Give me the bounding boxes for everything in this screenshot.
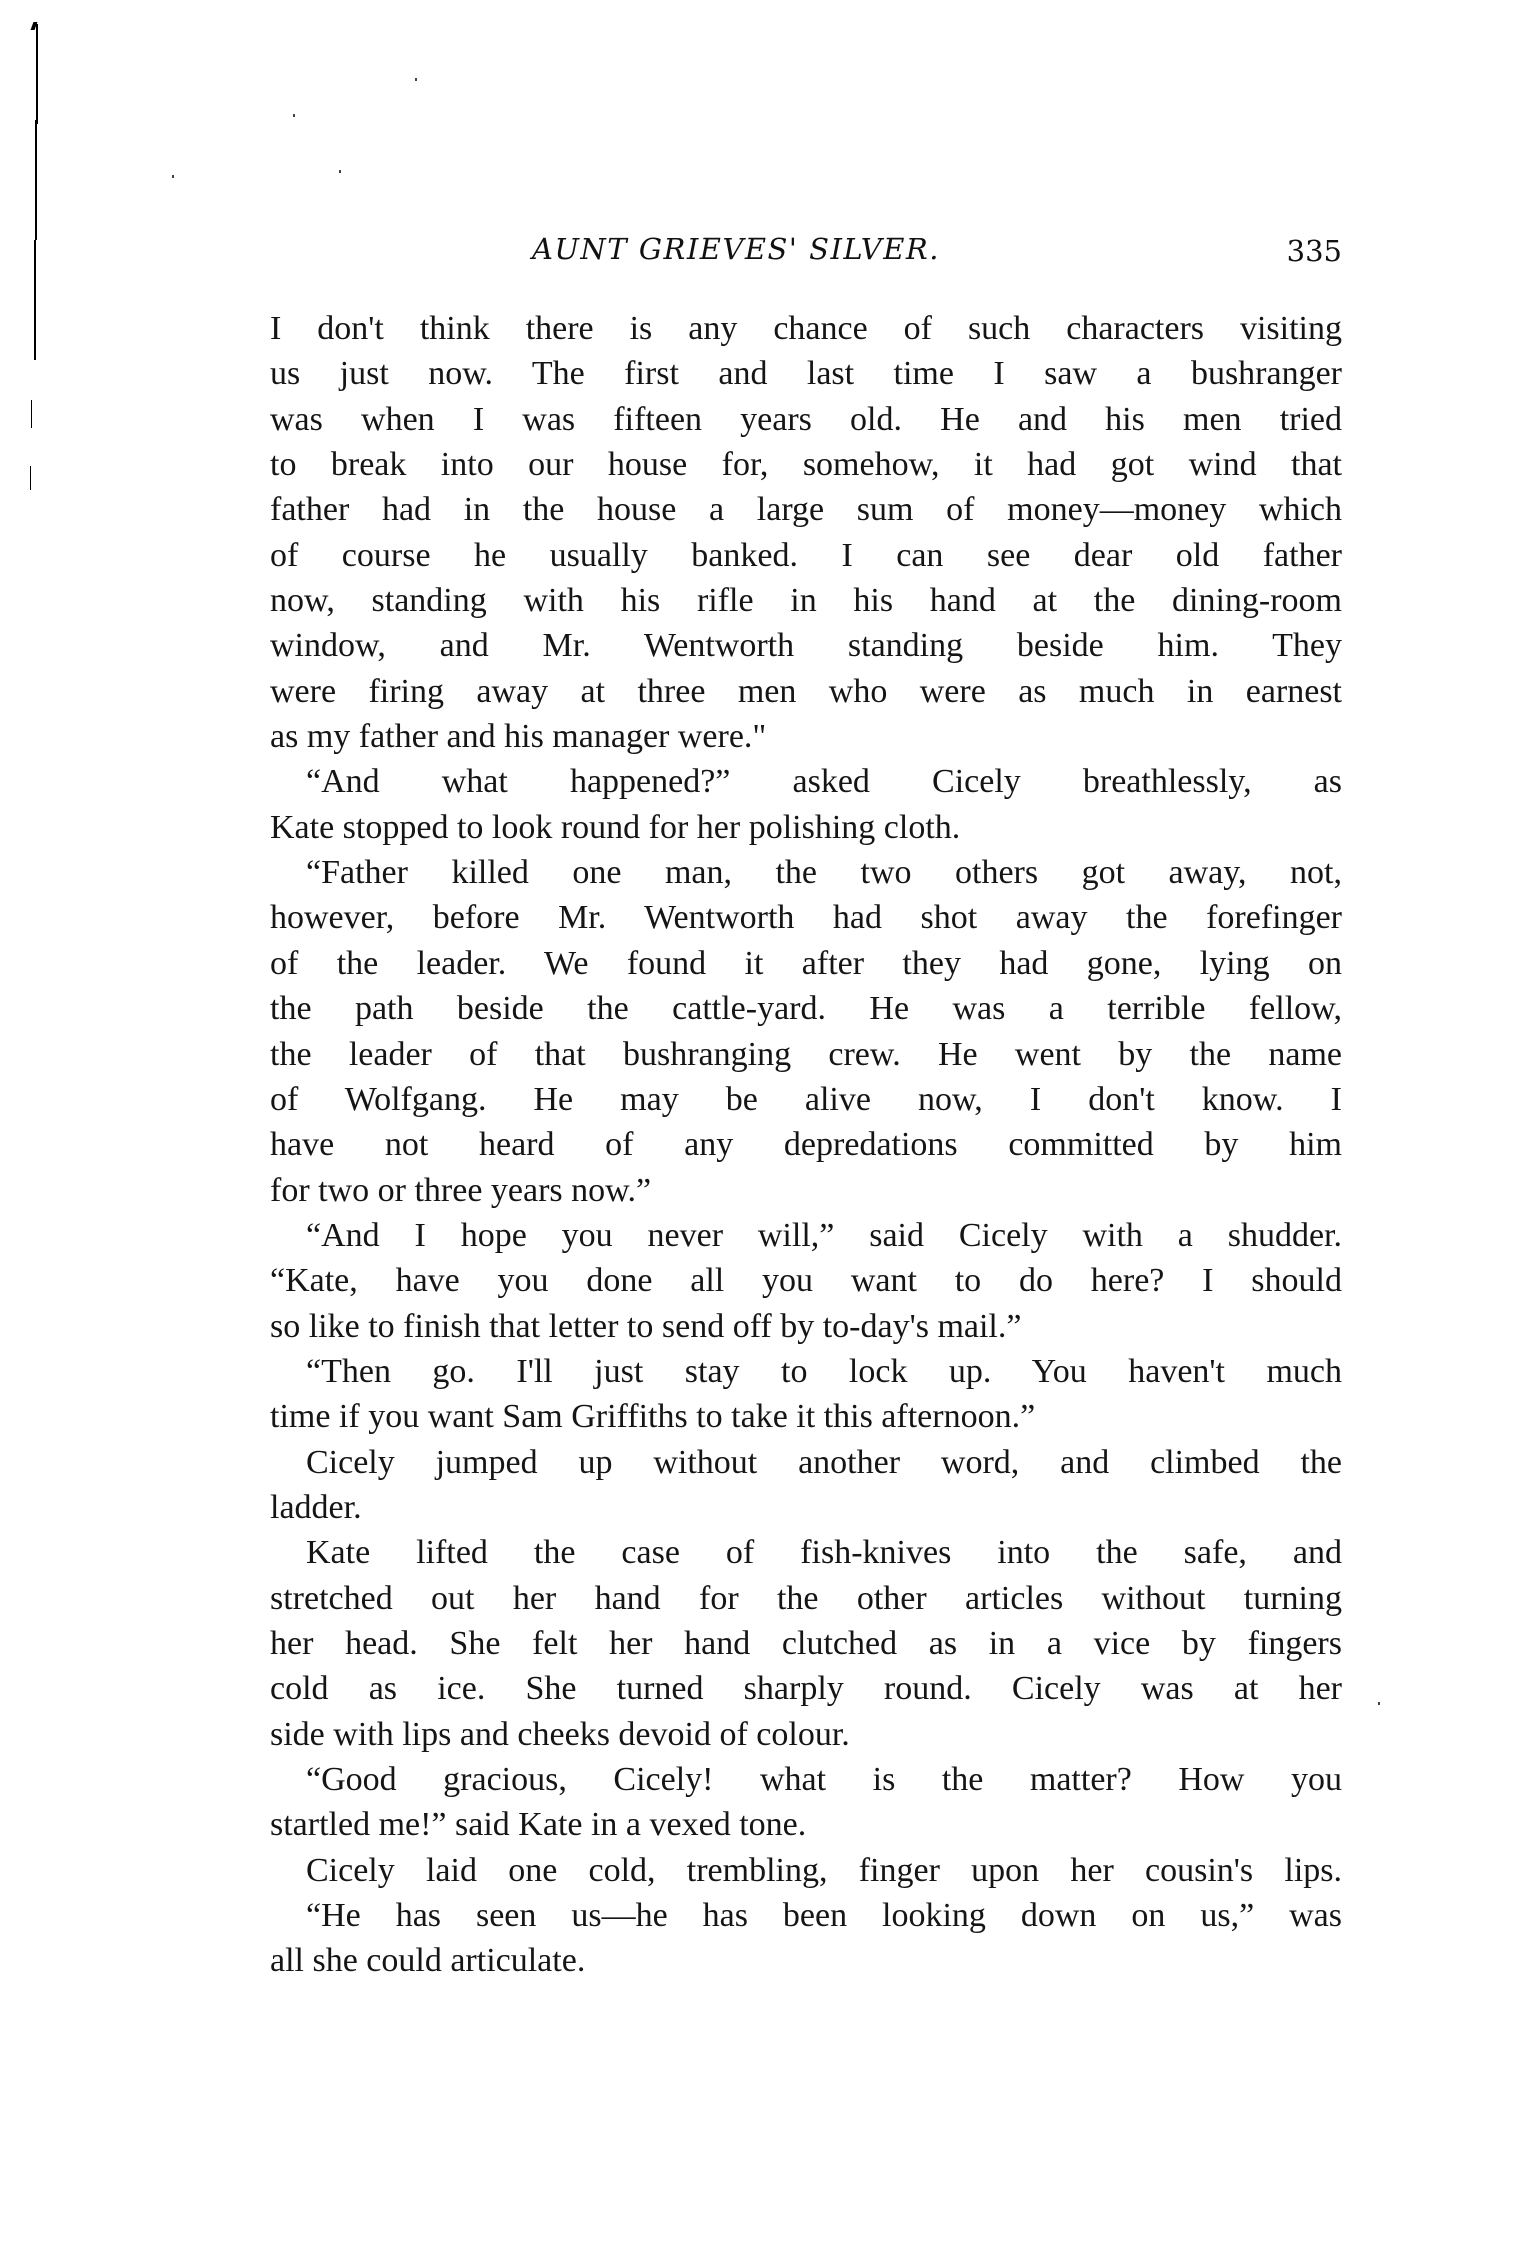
scan-speck: [415, 78, 417, 81]
text-line: Kate lifted the case of fish-knives into…: [270, 1530, 1342, 1575]
text-line: “And what happened?” asked Cicely breath…: [270, 759, 1342, 804]
text-line: stretched out her hand for the other art…: [270, 1576, 1342, 1621]
text-line: as my father and his manager were.": [270, 714, 1342, 759]
text-line: her head. She felt her hand clutched as …: [270, 1621, 1342, 1666]
text-line: startled me!” said Kate in a vexed tone.: [270, 1802, 1342, 1847]
text-line: now, standing with his rifle in his hand…: [270, 578, 1342, 623]
text-line: all she could articulate.: [270, 1938, 1342, 1983]
text-line: I don't think there is any chance of suc…: [270, 306, 1342, 351]
body-text: I don't think there is any chance of suc…: [270, 306, 1342, 1984]
text-line: were firing away at three men who were a…: [270, 669, 1342, 714]
scan-speck: [293, 114, 295, 117]
text-line: time if you want Sam Griffiths to take i…: [270, 1394, 1342, 1439]
page-number: 335: [1287, 234, 1342, 268]
running-title: AUNT GRIEVES' SILVER.: [532, 232, 940, 266]
text-line: “Father killed one man, the two others g…: [270, 850, 1342, 895]
text-line: for two or three years now.”: [270, 1168, 1342, 1213]
text-line: “He has seen us—he has been looking down…: [270, 1893, 1342, 1938]
text-line: side with lips and cheeks devoid of colo…: [270, 1712, 1342, 1757]
text-line: Cicely laid one cold, trembling, finger …: [270, 1848, 1342, 1893]
scan-speck: [1378, 1702, 1380, 1705]
text-line: the path beside the cattle-yard. He was …: [270, 986, 1342, 1031]
text-line: window, and Mr. Wentworth standing besid…: [270, 623, 1342, 668]
scan-edge-line: [31, 400, 32, 428]
text-line: of the leader. We found it after they ha…: [270, 941, 1342, 986]
text-line: “Then go. I'll just stay to lock up. You…: [270, 1349, 1342, 1394]
text-line: us just now. The first and last time I s…: [270, 351, 1342, 396]
scan-speck: [339, 170, 341, 173]
text-line: “Good gracious, Cicely! what is the matt…: [270, 1757, 1342, 1802]
text-line: so like to finish that letter to send of…: [270, 1304, 1342, 1349]
text-line: to break into our house for, somehow, it…: [270, 442, 1342, 487]
text-line: was when I was fifteen years old. He and…: [270, 397, 1342, 442]
scan-edge-line: [34, 240, 36, 360]
text-line: of Wolfgang. He may be alive now, I don'…: [270, 1077, 1342, 1122]
text-line: of course he usually banked. I can see d…: [270, 533, 1342, 578]
text-line: the leader of that bushranging crew. He …: [270, 1032, 1342, 1077]
scan-speck: [172, 175, 174, 178]
text-line: father had in the house a large sum of m…: [270, 487, 1342, 532]
text-line: “Kate, have you done all you want to do …: [270, 1258, 1342, 1303]
text-line: however, before Mr. Wentworth had shot a…: [270, 895, 1342, 940]
scan-edge-line: [36, 24, 38, 124]
book-page: AUNT GRIEVES' SILVER. 335 I don't think …: [0, 0, 1529, 2260]
text-line: ladder.: [270, 1485, 1342, 1530]
scan-edge-line: [30, 466, 31, 490]
text-line: Kate stopped to look round for her polis…: [270, 805, 1342, 850]
scan-edge-line: [35, 120, 37, 240]
running-head: AUNT GRIEVES' SILVER. 335: [270, 232, 1342, 276]
text-line: “And I hope you never will,” said Cicely…: [270, 1213, 1342, 1258]
text-line: have not heard of any depredations commi…: [270, 1122, 1342, 1167]
text-line: Cicely jumped up without another word, a…: [270, 1440, 1342, 1485]
text-line: cold as ice. She turned sharply round. C…: [270, 1666, 1342, 1711]
